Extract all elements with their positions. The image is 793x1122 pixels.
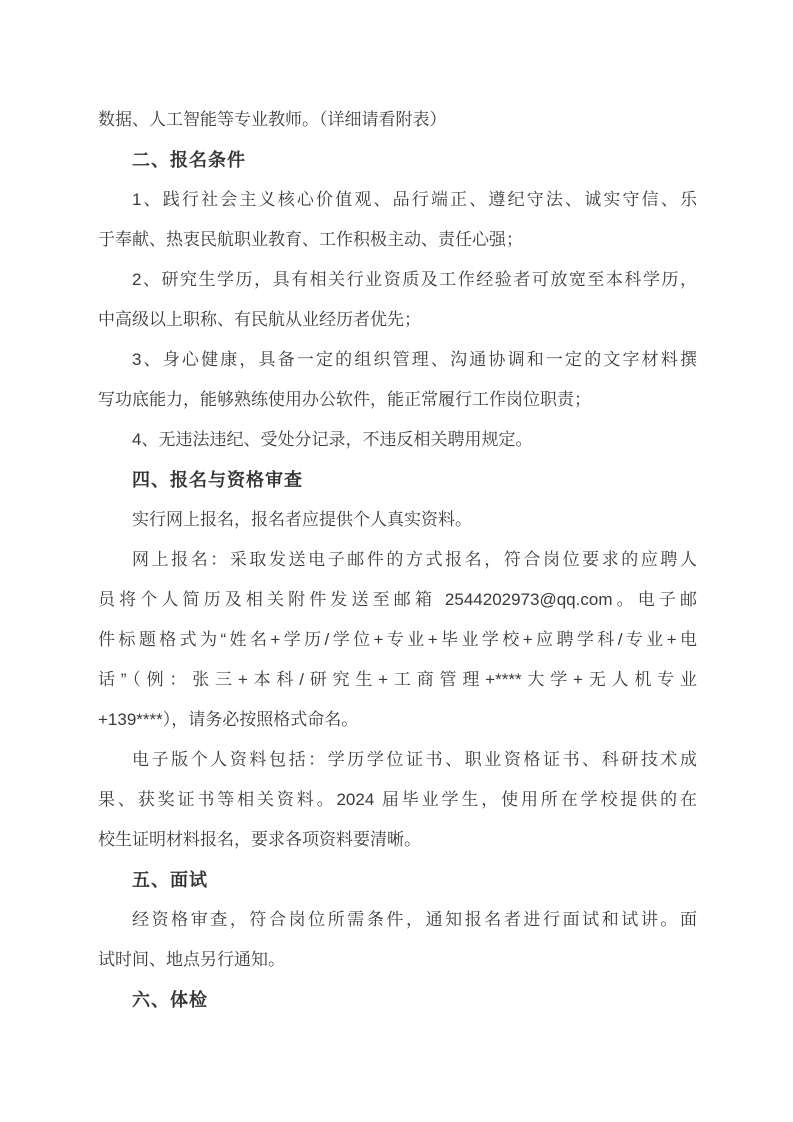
text-line: 员将个人简历及相关附件发送至邮箱 2544202973@qq.com。电子邮 <box>98 580 697 620</box>
text-line: 3、身心健康，具备一定的组织管理、沟通协调和一定的文字材料撰 <box>98 340 697 380</box>
document-body: 数据、人工智能等专业教师。（详细请看附表）二、报名条件1、践行社会主义核心价值观… <box>98 100 697 1020</box>
text-line: 写功底能力，能够熟练使用办公软件，能正常履行工作岗位职责； <box>98 380 697 420</box>
text-line: 1、践行社会主义核心价值观、品行端正、遵纪守法、诚实守信、乐 <box>98 180 697 220</box>
text-line: 4、无违法违纪、受处分记录，不违反相关聘用规定。 <box>98 420 697 460</box>
text-line: +139****），请务必按照格式命名。 <box>98 700 697 740</box>
text-line: 于奉献、热衷民航职业教育、工作积极主动、责任心强； <box>98 220 697 260</box>
document-page: 数据、人工智能等专业教师。（详细请看附表）二、报名条件1、践行社会主义核心价值观… <box>0 0 793 1122</box>
text-line: 实行网上报名，报名者应提供个人真实资料。 <box>98 500 697 540</box>
section-heading: 二、报名条件 <box>98 140 697 180</box>
text-line: 果、获奖证书等相关资料。2024 届毕业学生，使用所在学校提供的在 <box>98 780 697 820</box>
section-heading: 六、体检 <box>98 980 697 1020</box>
text-line: 校生证明材料报名，要求各项资料要清晰。 <box>98 820 697 860</box>
text-line: 数据、人工智能等专业教师。（详细请看附表） <box>98 100 697 140</box>
text-line: 中高级以上职称、有民航从业经历者优先； <box>98 300 697 340</box>
text-line: 2、研究生学历，具有相关行业资质及工作经验者可放宽至本科学历， <box>98 260 697 300</box>
text-line: 件标题格式为“姓名+学历/学位+专业+毕业学校+应聘学科/专业+电 <box>98 620 697 660</box>
text-line: 电子版个人资料包括：学历学位证书、职业资格证书、科研技术成 <box>98 740 697 780</box>
text-line: 网上报名：采取发送电子邮件的方式报名，符合岗位要求的应聘人 <box>98 540 697 580</box>
section-heading: 五、面试 <box>98 860 697 900</box>
text-line: 经资格审查，符合岗位所需条件，通知报名者进行面试和试讲。面 <box>98 900 697 940</box>
text-line: 试时间、地点另行通知。 <box>98 940 697 980</box>
section-heading: 四、报名与资格审查 <box>98 460 697 500</box>
text-line: 话”（例：张三+本科/研究生+工商管理+****大学+无人机专业 <box>98 660 697 700</box>
